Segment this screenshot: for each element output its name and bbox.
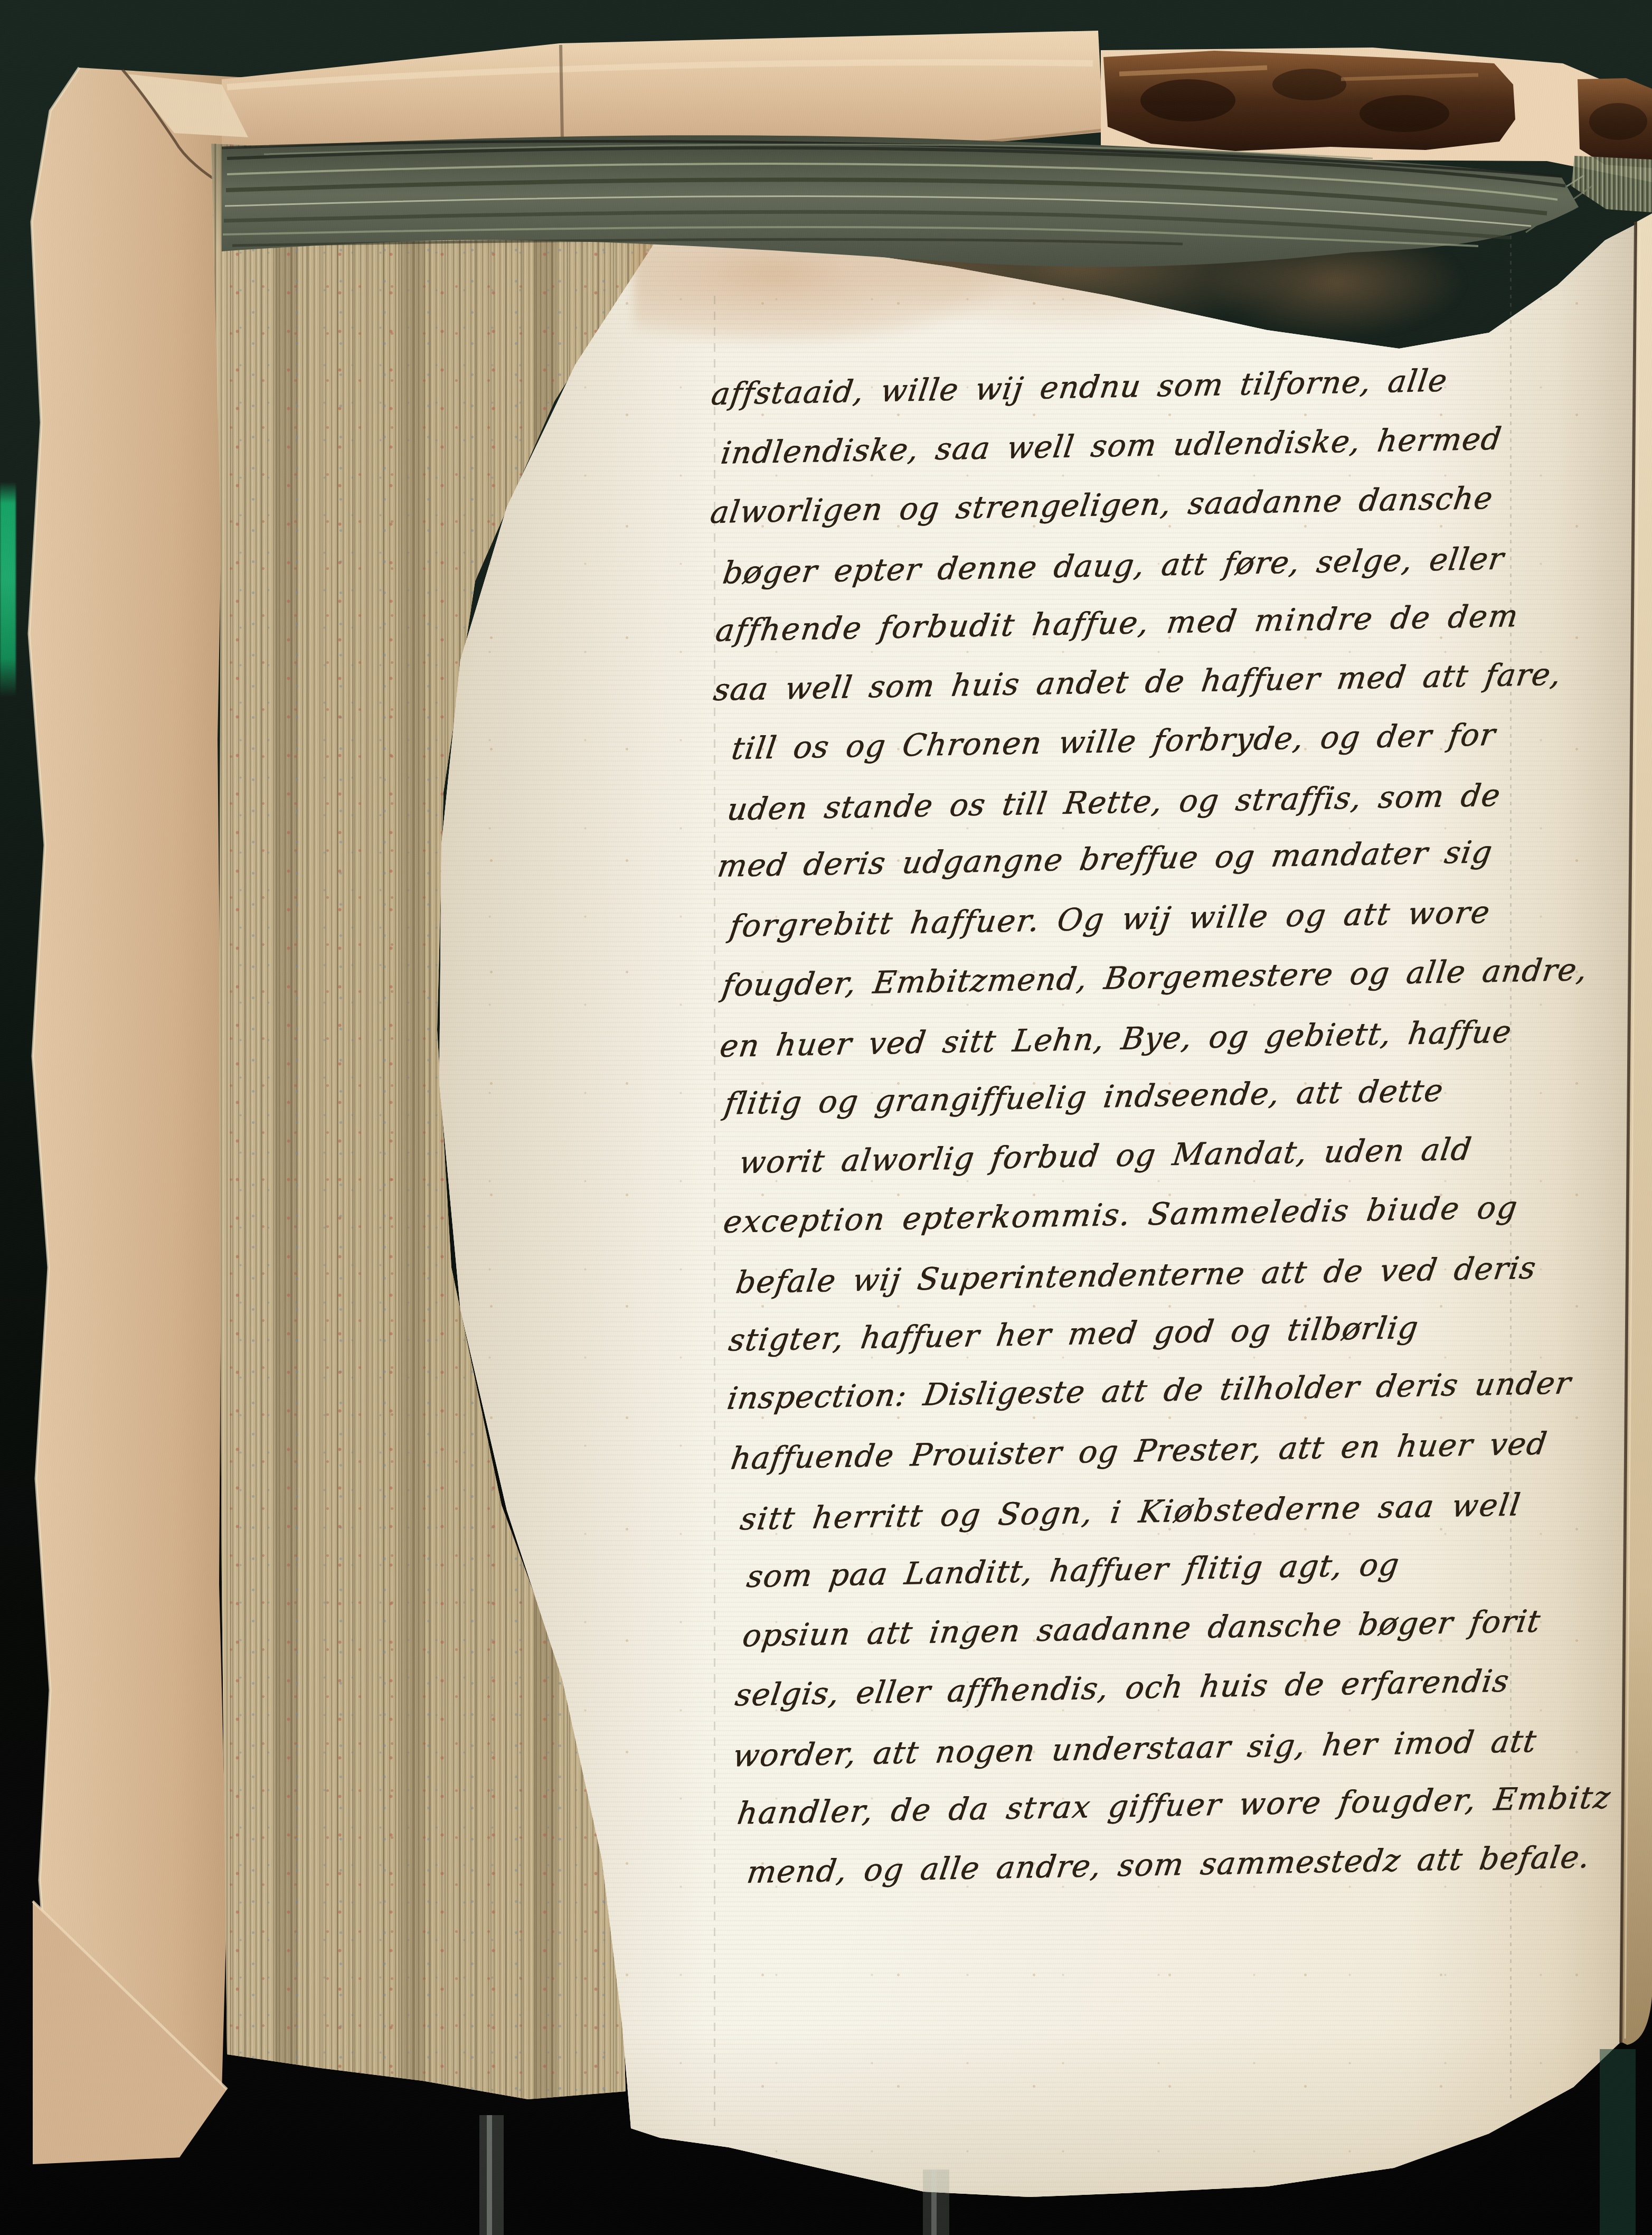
- leather-mottle: [1272, 69, 1346, 100]
- leather-mottle: [1589, 103, 1647, 140]
- stand-strap-left-core: [487, 2115, 492, 2235]
- leather-mottle: [1140, 79, 1235, 121]
- manuscript-text: affstaaid, wille wij endnu som tilforne,…: [706, 349, 1569, 1902]
- cloth-band-bottom-right: [1600, 2049, 1636, 2235]
- stand-strap-right-core: [931, 2170, 937, 2235]
- adjacent-page-edge: [1621, 213, 1652, 2045]
- manuscript-photo: affstaaid, wille wij endnu som tilforne,…: [0, 0, 1652, 2235]
- headband-fray-threads: [1571, 156, 1652, 212]
- leather-mottle: [1360, 95, 1449, 132]
